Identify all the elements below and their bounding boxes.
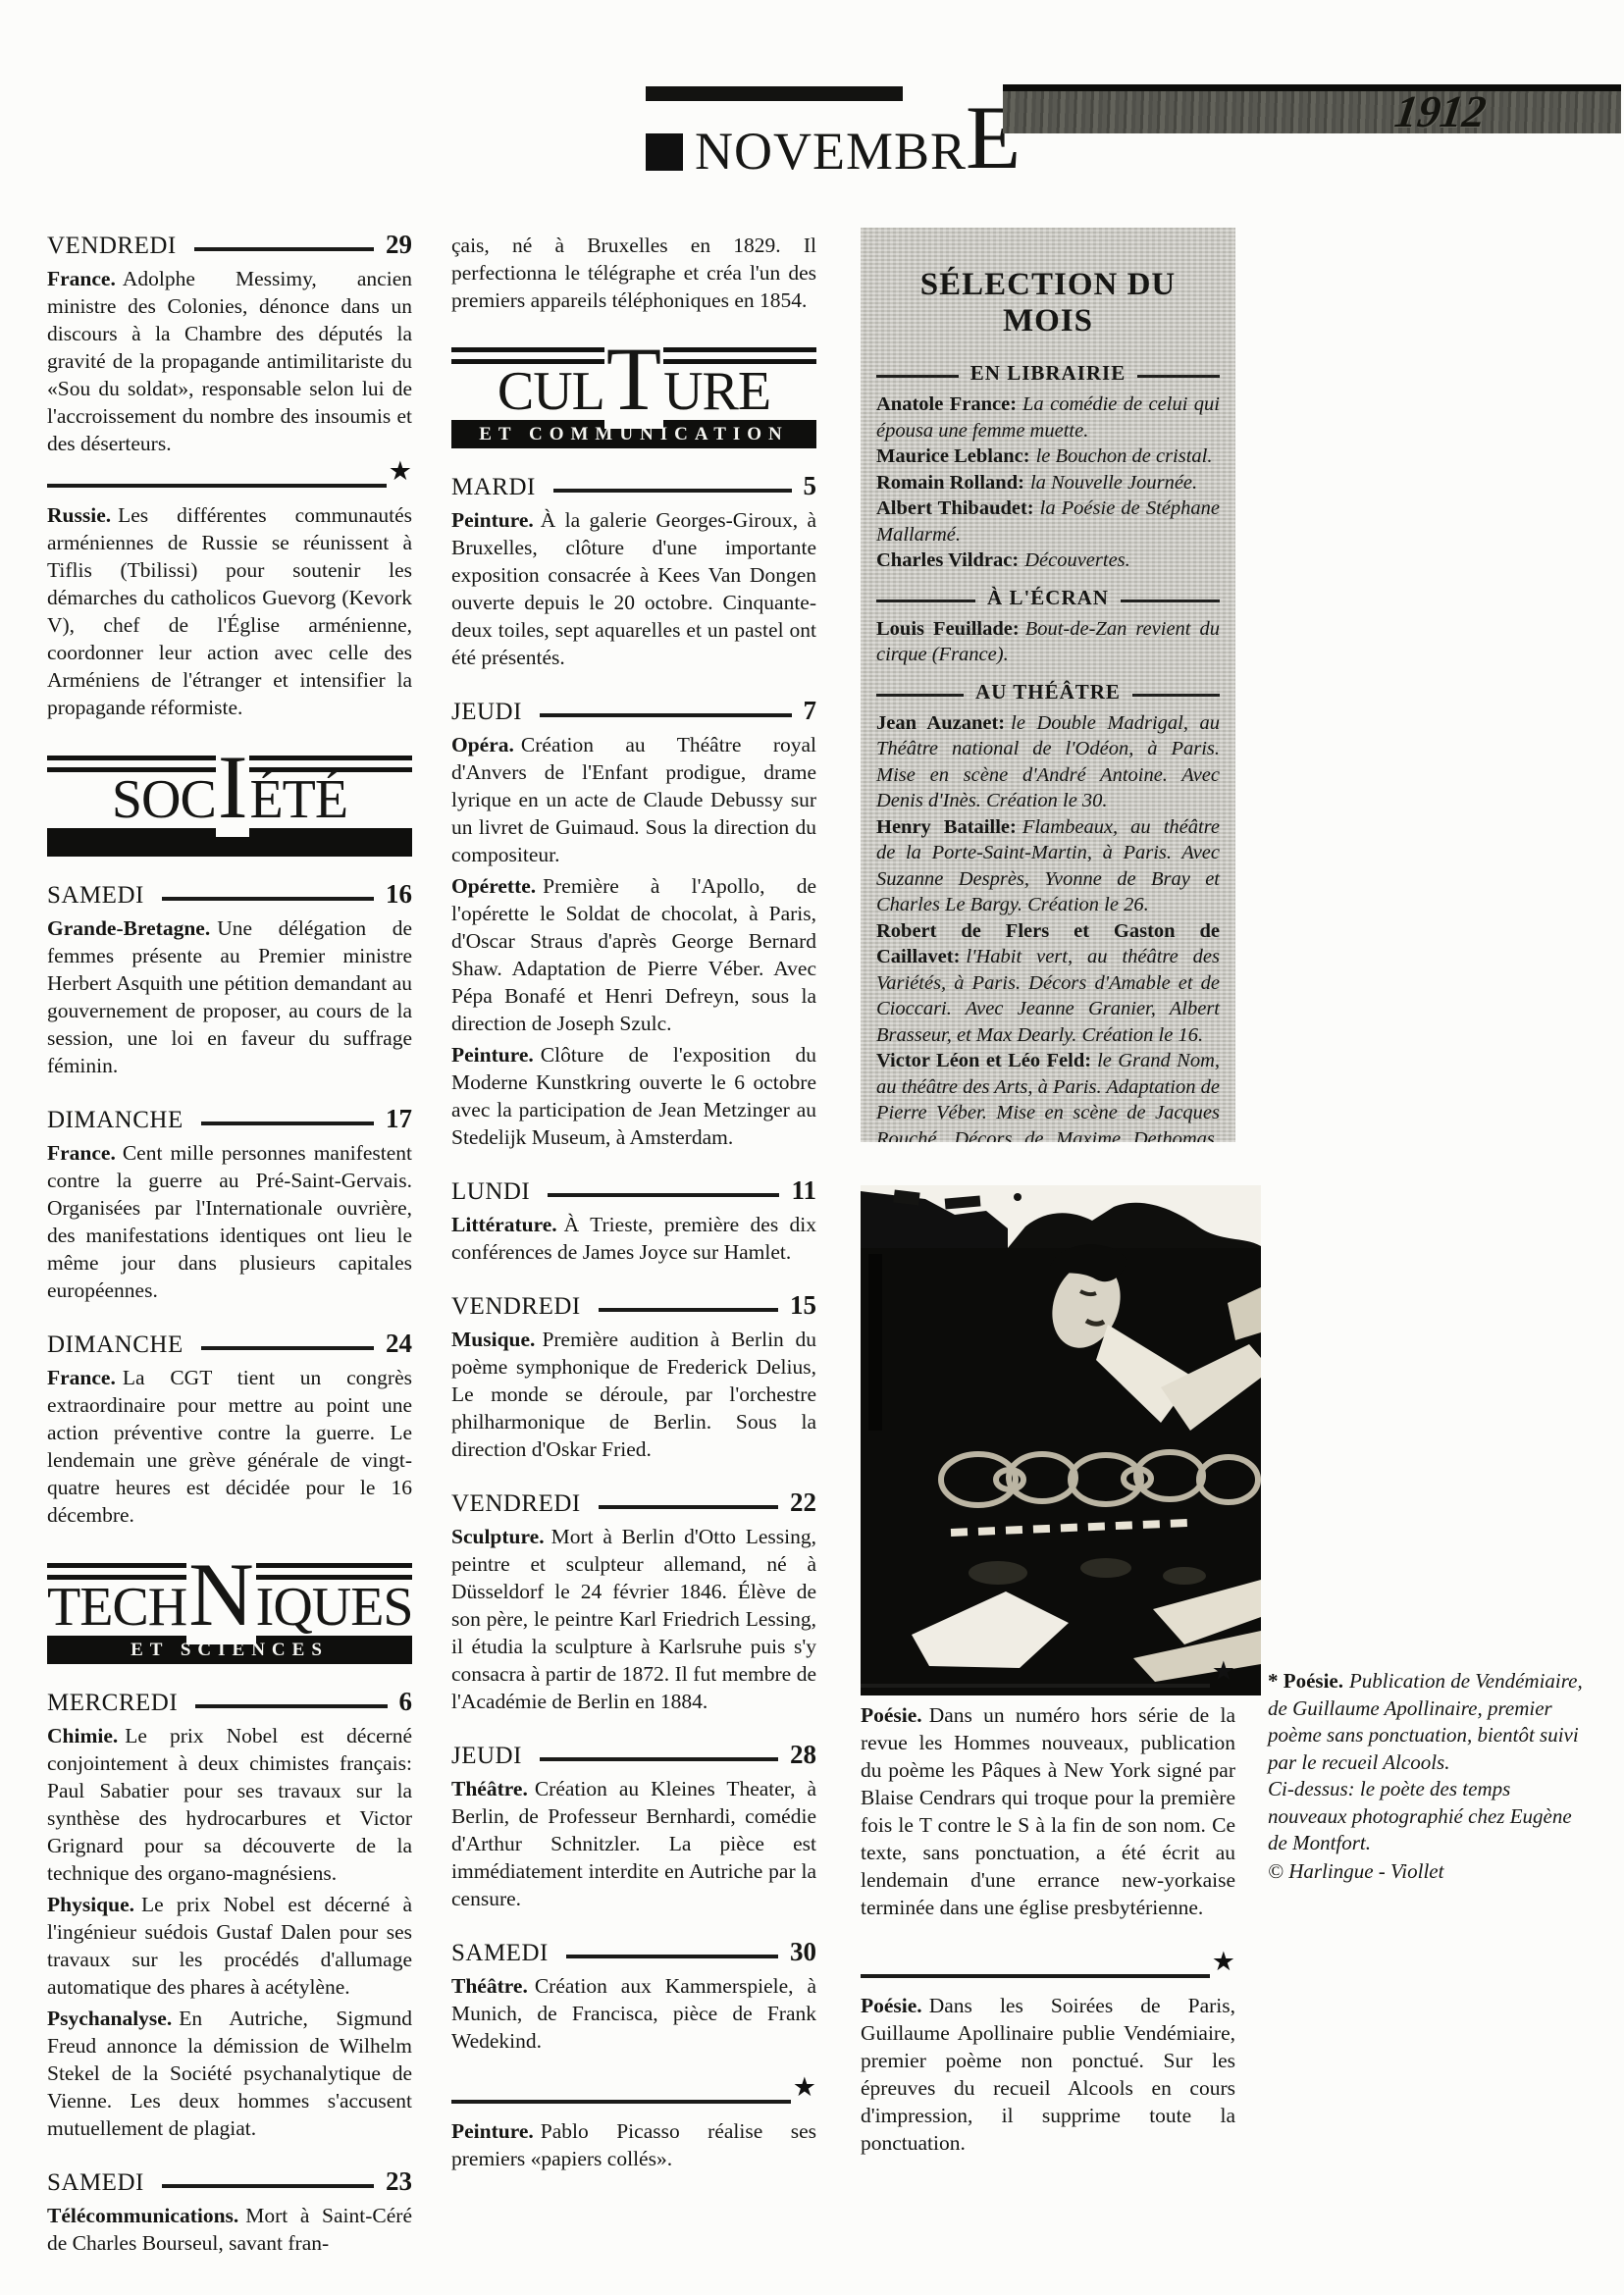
day-number: 17	[386, 1106, 412, 1132]
selection-title: SÉLECTION DU MOIS	[876, 267, 1220, 339]
day-heading: JEUDI 7	[451, 698, 816, 724]
section-header-techniques: TECHNIQUES ET SCIENCES	[47, 1555, 412, 1665]
item-work: la Nouvelle Journée.	[1030, 472, 1197, 494]
year-banner: 1912	[1003, 84, 1621, 133]
day-heading: SAMEDI 16	[47, 881, 412, 908]
star-icon: ★	[1212, 1658, 1235, 1685]
event-paragraph: France.La CGT tient un congrès extraordi…	[47, 1364, 412, 1529]
separator-rule	[451, 2100, 791, 2104]
middle-column: çais, né à Bruxelles en 1829. Il perfect…	[451, 232, 816, 2199]
subheading-rule	[1132, 694, 1220, 697]
day-heading: DIMANCHE 17	[47, 1106, 412, 1132]
selection-item: Robert de Flers et Gaston de Caillavet:l…	[876, 918, 1220, 1049]
event-paragraph: Télécommunications.Mort à Saint-Céré de …	[47, 2202, 412, 2257]
selection-item: Louis Feuillade:Bout-de-Zan revient du c…	[876, 616, 1220, 668]
category-lead: Grande-Bretagne.	[47, 916, 210, 940]
event-text: Le prix Nobel est décerné conjointement …	[47, 1724, 412, 1885]
event-paragraph: Théâtre.Création au Kleines Theater, à B…	[451, 1775, 816, 1912]
footnote-text: Dans un numéro hors série de la revue le…	[861, 1703, 1235, 1919]
star-separator: ★	[861, 1974, 1235, 1978]
event-paragraph: Russie.Les différentes communautés armén…	[47, 501, 412, 721]
event-entry-nov24: DIMANCHE 24 France.La CGT tient un congr…	[47, 1330, 412, 1529]
subheading-label: EN LIBRAIRIE	[970, 361, 1126, 386]
left-column: VENDREDI 29 France.Adolphe Messimy, anci…	[47, 232, 412, 2283]
category-lead: Télécommunications.	[47, 2204, 238, 2227]
day-label: VENDREDI	[451, 1294, 581, 1319]
item-author: Maurice Leblanc:	[876, 445, 1030, 467]
heading-rule	[599, 1505, 778, 1509]
subheading-rule	[1121, 600, 1220, 602]
day-label: VENDREDI	[47, 234, 177, 258]
event-paragraph: France.Cent mille personnes manifestent …	[47, 1139, 412, 1304]
section-word-post: URE	[663, 361, 770, 422]
day-number: 15	[790, 1292, 816, 1319]
section-word-post: ÉTÉ	[249, 769, 347, 830]
category-lead: France.	[47, 1141, 116, 1165]
item-author: Charles Vildrac:	[876, 549, 1019, 571]
item-author: Anatole France:	[876, 393, 1017, 415]
day-label: SAMEDI	[47, 883, 144, 908]
month-title: NOVEMBR	[695, 130, 967, 173]
heading-rule	[566, 1955, 778, 1958]
star-icon: ★	[793, 2074, 816, 2101]
heading-rule	[195, 1704, 387, 1708]
selection-du-mois-box: SÉLECTION DU MOIS EN LIBRAIRIE Anatole F…	[861, 228, 1235, 1142]
photo-illustration	[861, 1185, 1261, 1695]
day-label: DIMANCHE	[47, 1332, 183, 1357]
category-lead: Peinture.	[451, 1043, 534, 1067]
footnote-paragraph: Poésie.Dans les Soirées de Paris, Guilla…	[861, 1992, 1235, 2157]
section-word: TECHNIQUES	[47, 1555, 412, 1646]
day-number: 11	[791, 1177, 816, 1204]
event-entry-nov15: VENDREDI 15 Musique.Première audition à …	[451, 1292, 816, 1463]
star-separator: ★	[47, 484, 412, 488]
event-entry-nov16: SAMEDI 16 Grande-Bretagne.Une délégation…	[47, 881, 412, 1079]
selection-item: Maurice Leblanc:le Bouchon de cristal.	[876, 443, 1220, 470]
selection-item: Jean Auzanet:le Double Madrigal, au Théâ…	[876, 710, 1220, 814]
day-heading: VENDREDI 29	[47, 232, 412, 258]
square-icon	[646, 133, 683, 171]
day-heading: SAMEDI 23	[47, 2168, 412, 2195]
day-label: VENDREDI	[451, 1491, 581, 1516]
selection-subheading-librairie: EN LIBRAIRIE	[876, 361, 1220, 386]
separator-rule	[861, 1684, 1210, 1688]
footnote-cendrars: ★ Poésie.Dans un numéro hors série de la…	[861, 1680, 1235, 1925]
event-paragraph: Opérette.Première à l'Apollo, de l'opére…	[451, 872, 816, 1037]
item-author: Romain Rolland:	[876, 472, 1024, 494]
day-heading: SAMEDI 30	[451, 1939, 816, 1965]
category-lead: France.	[47, 1366, 116, 1389]
heading-rule	[201, 1346, 374, 1350]
almanac-page: NOVEMBRE 1912 VENDREDI 29 France.Adolphe…	[0, 0, 1624, 2295]
star-icon: ★	[389, 458, 412, 485]
day-label: SAMEDI	[47, 2170, 144, 2195]
page-title: NOVEMBRE	[646, 84, 1021, 173]
category-lead: Psychanalyse.	[47, 2007, 172, 2030]
continuation-paragraph: çais, né à Bruxelles en 1829. Il perfect…	[451, 232, 816, 314]
selection-item: Romain Rolland:la Nouvelle Journée.	[876, 470, 1220, 496]
event-entry-nov7: JEUDI 7 Opéra.Création au Théâtre royal …	[451, 698, 816, 1151]
separator-rule	[861, 1974, 1210, 1978]
event-paragraph: Musique.Première audition à Berlin du po…	[451, 1326, 816, 1463]
day-label: DIMANCHE	[47, 1108, 183, 1132]
event-entry-nov5: MARDI 5 Peinture.À la galerie Georges-Gi…	[451, 473, 816, 671]
event-paragraph: Littérature.À Trieste, première des dix …	[451, 1211, 816, 1266]
category-lead: Peinture.	[451, 508, 534, 532]
day-heading: MERCREDI 6	[47, 1689, 412, 1715]
heading-rule	[548, 1193, 779, 1197]
star-separator: ★	[861, 1684, 1235, 1688]
footnote-paragraph: Poésie.Dans un numéro hors série de la r…	[861, 1701, 1235, 1921]
day-heading: VENDREDI 22	[451, 1489, 816, 1516]
item-author: Victor Léon et Léo Feld:	[876, 1050, 1091, 1071]
event-entry-nov22: VENDREDI 22 Sculpture.Mort à Berlin d'Ot…	[451, 1489, 816, 1715]
event-paragraph: Psychanalyse.En Autriche, Sigmund Freud …	[47, 2005, 412, 2142]
item-author: Albert Thibaudet:	[876, 497, 1034, 519]
photo-caption: * Poésie.Publication de Vendémiaire, de …	[1268, 1668, 1592, 1885]
separator-rule	[47, 484, 387, 488]
day-number: 24	[386, 1330, 412, 1357]
event-paragraph: Sculpture.Mort à Berlin d'Otto Lessing, …	[451, 1523, 816, 1715]
event-text: La CGT tient un congrès extraordinaire p…	[47, 1366, 412, 1527]
day-label: SAMEDI	[451, 1941, 549, 1965]
day-number: 22	[790, 1489, 816, 1516]
event-text: Mort à Berlin d'Otto Lessing, peintre et…	[451, 1525, 816, 1713]
event-paragraph: Peinture.Pablo Picasso réalise ses premi…	[451, 2117, 816, 2172]
subheading-label: AU THÉÂTRE	[975, 680, 1121, 704]
event-paragraph: Physique.Le prix Nobel est décerné à l'i…	[47, 1891, 412, 2001]
selection-subheading-ecran: À L'ÉCRAN	[876, 586, 1220, 610]
day-number: 29	[386, 232, 412, 258]
category-lead: Théâtre.	[451, 1777, 528, 1800]
event-text: Adolphe Messimy, ancien ministre des Col…	[47, 267, 412, 455]
category-lead: Musique.	[451, 1328, 535, 1351]
item-author: Henry Bataille:	[876, 816, 1017, 838]
section-word-pre: SOC	[112, 769, 216, 830]
category-lead: Opéra.	[451, 733, 514, 756]
section-word-big: I	[216, 737, 250, 837]
selection-item: Anatole France:La comédie de celui qui é…	[876, 391, 1220, 443]
heading-rule	[553, 489, 792, 493]
category-lead: Littérature.	[451, 1213, 557, 1236]
caption-paragraph: * Poésie.Publication de Vendémiaire, de …	[1268, 1668, 1592, 1776]
day-heading: VENDREDI 15	[451, 1292, 816, 1319]
event-entry-nov28: JEUDI 28 Théâtre.Création au Kleines The…	[451, 1742, 816, 1912]
event-paragraph: France.Adolphe Messimy, ancien ministre …	[47, 265, 412, 457]
event-entry-nov11: LUNDI 11 Littérature.À Trieste, première…	[451, 1177, 816, 1266]
event-text: Une délégation de femmes présente au Pre…	[47, 916, 412, 1077]
event-entry-nov17: DIMANCHE 17 France.Cent mille personnes …	[47, 1106, 412, 1304]
subheading-label: À L'ÉCRAN	[987, 586, 1109, 610]
item-work: le Bouchon de cristal.	[1036, 445, 1213, 467]
heading-rule	[201, 1121, 374, 1125]
day-number: 23	[386, 2168, 412, 2195]
subheading-rule	[876, 600, 975, 602]
star-separator: ★	[451, 2100, 816, 2104]
heading-rule	[162, 897, 374, 901]
day-number: 7	[804, 698, 817, 724]
heading-rule	[162, 2184, 374, 2188]
photo-apollinaire	[861, 1185, 1261, 1695]
category-lead: Chimie.	[47, 1724, 118, 1747]
day-label: LUNDI	[451, 1179, 530, 1204]
event-text: Les différentes communautés arméniennes …	[47, 503, 412, 719]
day-number: 30	[790, 1939, 816, 1965]
year-label: 1912	[1392, 89, 1489, 133]
heading-rule	[540, 1757, 778, 1761]
item-author: Louis Feuillade:	[876, 618, 1020, 640]
category-lead: Physique.	[47, 1893, 134, 1916]
event-entry-nov23: SAMEDI 23 Télécommunications.Mort à Sain…	[47, 2168, 412, 2257]
event-text: À la galerie Georges-Giroux, à Bruxelles…	[451, 508, 816, 669]
item-work: Découvertes.	[1024, 549, 1130, 571]
category-lead: Théâtre.	[451, 1974, 528, 1998]
photo-credit: © Harlingue - Viollet	[1268, 1858, 1592, 1886]
caption-lead: * Poésie.	[1268, 1669, 1343, 1693]
section-word: CULTURE	[451, 339, 816, 431]
footnote-apollinaire: ★ Poésie.Dans les Soirées de Paris, Guil…	[861, 1970, 1235, 2161]
event-entry-nov6: MERCREDI 6 Chimie.Le prix Nobel est déce…	[47, 1689, 412, 2142]
event-paragraph: Peinture.Clôture de l'exposition du Mode…	[451, 1041, 816, 1151]
day-label: JEUDI	[451, 1744, 522, 1768]
event-text: Cent mille personnes manifestent contre …	[47, 1141, 412, 1302]
event-paragraph: Chimie.Le prix Nobel est décerné conjoin…	[47, 1722, 412, 1887]
event-entry-picasso: Peinture.Pablo Picasso réalise ses premi…	[451, 2117, 816, 2172]
day-heading: DIMANCHE 24	[47, 1330, 412, 1357]
section-word-post: IQUES	[256, 1577, 413, 1638]
heading-rule	[599, 1308, 778, 1312]
day-label: JEUDI	[451, 700, 522, 724]
selection-item: Charles Vildrac:Découvertes.	[876, 548, 1220, 574]
day-number: 16	[386, 881, 412, 908]
event-entry-nov30: SAMEDI 30 Théâtre.Création aux Kammerspi…	[451, 1939, 816, 2055]
event-paragraph: Théâtre.Création aux Kammerspiele, à Mun…	[451, 1972, 816, 2055]
category-lead: France.	[47, 267, 116, 290]
day-number: 5	[804, 473, 817, 499]
subheading-rule	[1137, 375, 1220, 378]
category-lead: Sculpture.	[451, 1525, 545, 1548]
event-paragraph: Peinture.À la galerie Georges-Giroux, à …	[451, 506, 816, 671]
day-label: MARDI	[451, 475, 536, 499]
subheading-rule	[876, 375, 959, 378]
selection-item: Victor Léon et Léo Feld:le Grand Nom, au…	[876, 1048, 1220, 1142]
event-paragraph: Opéra.Création au Théâtre royal d'Anvers…	[451, 731, 816, 868]
section-header-societe: SOCIÉTÉ	[47, 748, 412, 858]
category-lead: Peinture.	[451, 2119, 534, 2143]
category-lead: Russie.	[47, 503, 111, 527]
category-lead: Poésie.	[861, 1994, 922, 2017]
day-number: 6	[399, 1689, 413, 1715]
event-paragraph: Grande-Bretagne.Une délégation de femmes…	[47, 914, 412, 1079]
item-author: Jean Auzanet:	[876, 712, 1005, 734]
selection-item: Henry Bataille:Flambeaux, au théâtre de …	[876, 814, 1220, 918]
day-label: MERCREDI	[47, 1691, 178, 1715]
event-entry-nov29: VENDREDI 29 France.Adolphe Messimy, anci…	[47, 232, 412, 457]
caption-paragraph: Ci-dessus: le poète des temps nouveaux p…	[1268, 1776, 1592, 1857]
event-entry-russie: Russie.Les différentes communautés armén…	[47, 501, 412, 721]
category-lead: Poésie.	[861, 1703, 922, 1727]
day-number: 28	[790, 1742, 816, 1768]
section-word-pre: CUL	[498, 361, 604, 422]
day-heading: LUNDI 11	[451, 1177, 816, 1204]
selection-item: Albert Thibaudet:la Poésie de Stéphane M…	[876, 496, 1220, 548]
selection-subheading-theatre: AU THÉÂTRE	[876, 680, 1220, 704]
event-text: Première à l'Apollo, de l'opérette le So…	[451, 874, 816, 1035]
section-word-pre: TECH	[47, 1577, 186, 1638]
section-word-big: T	[604, 329, 663, 429]
star-icon: ★	[1212, 1949, 1235, 1975]
section-header-culture: CULTURE ET COMMUNICATION	[451, 339, 816, 449]
day-heading: JEUDI 28	[451, 1742, 816, 1768]
heading-rule	[194, 247, 374, 251]
heading-rule	[540, 713, 792, 717]
subheading-rule	[876, 694, 964, 697]
category-lead: Opérette.	[451, 874, 536, 898]
section-word: SOCIÉTÉ	[47, 748, 412, 839]
footnote-text: Dans les Soirées de Paris, Guillaume Apo…	[861, 1994, 1235, 2155]
day-heading: MARDI 5	[451, 473, 816, 499]
section-word-big: N	[186, 1544, 255, 1644]
